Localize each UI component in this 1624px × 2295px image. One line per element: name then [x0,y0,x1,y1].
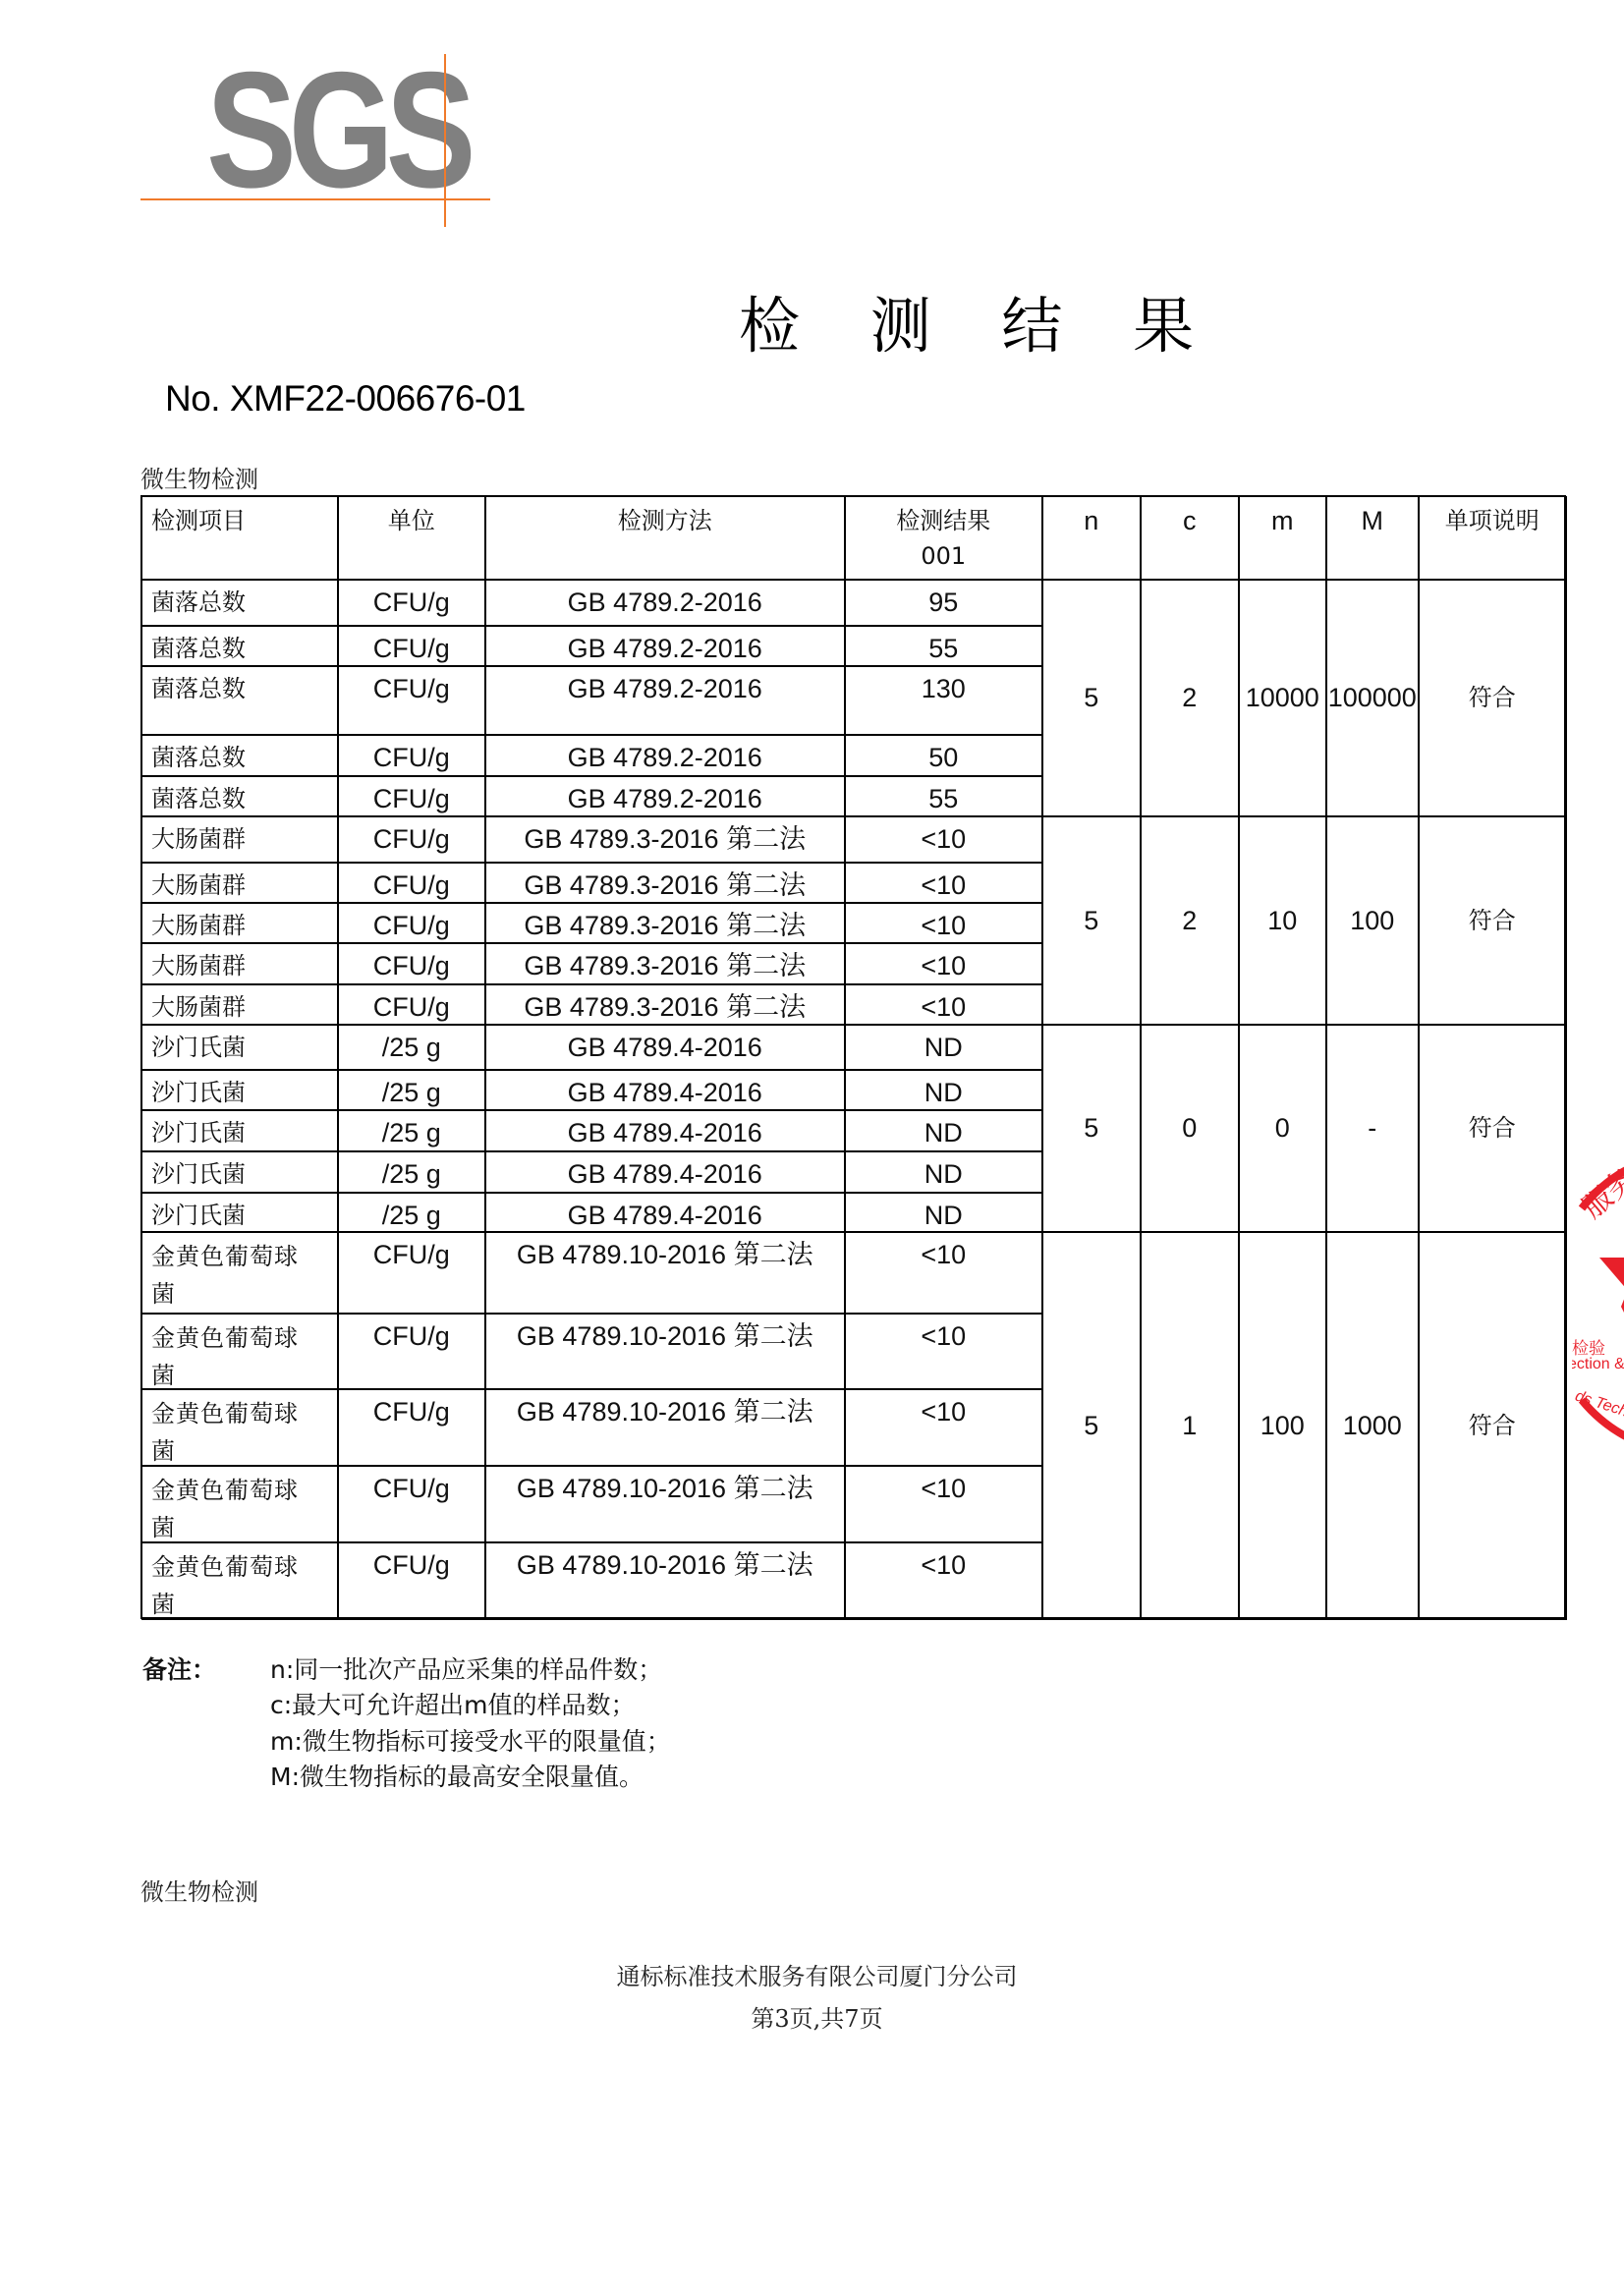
table-row-item-text: 大肠菌群 [151,909,338,942]
column-header-verdict: 单项说明 [1418,496,1567,581]
table-row-result: <10 [844,983,1043,1026]
table-row-item-text: 菌落总数 [151,782,338,815]
table-row-method: GB 4789.4-2016 [484,1024,846,1071]
column-header-n: n [1041,496,1142,581]
table-row-result-text: <10 [845,949,1042,982]
table-row-method: GB 4789.4-2016 [484,1150,846,1194]
table-row-method: GB 4789.2-2016 [484,579,846,627]
table-row-unit: CFU/g [337,625,486,667]
table-row-item: 沙门氏菌 [141,1069,339,1111]
table-row-method-text: GB 4789.4-2016 [485,1116,845,1149]
table-row-method-text: GB 4789.4-2016 [485,1157,845,1191]
group-n-value: 5 [1041,1231,1142,1620]
table-row-unit-text: CFU/g [338,741,485,774]
table-row-result-text: <10 [845,822,1042,856]
table-row-result-text: <10 [845,1472,1042,1505]
table-row-unit-text: CFU/g [338,1395,485,1428]
table-row-item-text: 菌落总数 [151,586,338,619]
group-c-value-text: 2 [1141,681,1239,714]
table-row-result-text: ND [845,1157,1042,1191]
column-header-M-text: M [1326,503,1419,538]
table-row-item: 菌落总数 [141,579,339,627]
table-row-method-text: GB 4789.3-2016 第二法 [485,949,845,982]
table-row-item: 大肠菌群 [141,983,339,1026]
column-header-verdict-text: 单项说明 [1419,503,1566,538]
table-row-item: 菌落总数 [141,775,339,817]
table-row-unit: CFU/g [337,775,486,817]
table-row-result-text: 55 [845,782,1042,815]
table-row-method: GB 4789.2-2016 [484,665,846,736]
table-row-item: 金黄色葡萄球菌 [141,1313,339,1390]
table-row-item-text: 沙门氏菌 [151,1031,338,1064]
table-row-unit-text: CFU/g [338,782,485,815]
table-row-item: 金黄色葡萄球菌 [141,1231,339,1315]
table-row-result: 55 [844,775,1043,817]
group-verdict-text: 符合 [1419,1409,1566,1442]
table-row-method-text: GB 4789.10-2016 第二法 [485,1395,845,1428]
table-row-item: 菌落总数 [141,734,339,777]
group-c-value: 2 [1140,579,1240,817]
group-c-value: 0 [1140,1024,1240,1233]
table-row-result: <10 [844,1388,1043,1467]
table-row-item-text: 菌落总数 [151,632,338,665]
logo-horizontal-rule [140,198,490,200]
table-row-unit: CFU/g [337,1541,486,1620]
table-row-item-text: 沙门氏菌 [151,1076,338,1109]
table-row-result-text: <10 [845,1395,1042,1428]
group-n-value-text: 5 [1042,1409,1141,1442]
column-header-M: M [1325,496,1420,581]
table-row-method-text: GB 4789.4-2016 [485,1031,845,1064]
table-row-method: GB 4789.4-2016 [484,1192,846,1233]
group-M-value: - [1325,1024,1420,1233]
table-row-item: 沙门氏菌 [141,1024,339,1071]
group-n-value-text: 5 [1042,1111,1141,1145]
table-row-method: GB 4789.3-2016 第二法 [484,983,846,1026]
group-n-value-text: 5 [1042,681,1141,714]
group-verdict: 符合 [1418,1024,1567,1233]
table-row-unit: CFU/g [337,1231,486,1315]
table-row-result-text: <10 [845,1548,1042,1582]
table-row-result-text: <10 [845,909,1042,942]
section-label-bottom: 微生物检测 [140,1877,258,1907]
table-row-result: ND [844,1069,1043,1111]
table-row-unit-text: /25 g [338,1031,485,1064]
table-row-unit: /25 g [337,1024,486,1071]
column-header-m-text: m [1239,503,1326,538]
table-row-unit-text: CFU/g [338,868,485,902]
group-m-value: 10 [1238,815,1327,1026]
table-row-unit: CFU/g [337,734,486,777]
notes-label: 备注： [142,1654,216,1686]
group-verdict-text: 符合 [1419,1111,1566,1145]
group-M-value: 100 [1325,815,1420,1026]
table-row-result-text: <10 [845,1319,1042,1353]
table-row-method: GB 4789.10-2016 第二法 [484,1231,846,1315]
table-row-item: 大肠菌群 [141,902,339,944]
note-c: c:最大可允许超出m值的样品数； [270,1690,636,1721]
table-row-result-text: 95 [845,586,1042,619]
table-row-unit: CFU/g [337,983,486,1026]
table-row-method-text: GB 4789.4-2016 [485,1076,845,1109]
table-row-result-text: 55 [845,632,1042,665]
table-row-item: 沙门氏菌 [141,1109,339,1152]
group-c-value-text: 1 [1141,1409,1239,1442]
column-header-method: 检测方法 [484,496,846,581]
table-row-item-text: 金黄色葡萄球菌 [151,1238,308,1313]
group-m-value: 10000 [1238,579,1327,817]
table-row-method: GB 4789.10-2016 第二法 [484,1313,846,1390]
table-row-unit-text: /25 g [338,1116,485,1149]
table-row-result-text: 50 [845,741,1042,774]
column-header-m: m [1238,496,1327,581]
table-row-result: ND [844,1150,1043,1194]
table-row-method: GB 4789.3-2016 第二法 [484,902,846,944]
table-row-unit-text: CFU/g [338,1238,485,1271]
column-header-method-text: 检测方法 [485,503,845,538]
table-row-unit: /25 g [337,1150,486,1194]
table-row-method-text: GB 4789.10-2016 第二法 [485,1238,845,1271]
group-m-value-text: 0 [1239,1111,1326,1145]
column-header-c-text: c [1141,503,1239,538]
group-c-value: 1 [1140,1231,1240,1620]
group-m-value-text: 10 [1239,904,1326,937]
table-row-method: GB 4789.10-2016 第二法 [484,1465,846,1543]
table-row-unit: CFU/g [337,815,486,864]
table-row-result: ND [844,1192,1043,1233]
table-row-unit: CFU/g [337,1388,486,1467]
table-row-unit-text: /25 g [338,1076,485,1109]
table-row-unit-text: CFU/g [338,672,485,705]
table-row-method: GB 4789.3-2016 第二法 [484,942,846,985]
table-row-item: 金黄色葡萄球菌 [141,1465,339,1543]
table-row-method: GB 4789.2-2016 [484,734,846,777]
table-row-item: 沙门氏菌 [141,1192,339,1233]
table-row-result: 50 [844,734,1043,777]
table-row-unit: CFU/g [337,862,486,904]
group-c-value-text: 2 [1141,904,1239,937]
table-row-item-text: 大肠菌群 [151,990,338,1024]
table-row-method-text: GB 4789.2-2016 [485,741,845,774]
group-M-value-text: 100000 [1326,681,1419,714]
table-row-unit: CFU/g [337,902,486,944]
table-row-method: GB 4789.4-2016 [484,1069,846,1111]
group-verdict: 符合 [1418,1231,1567,1620]
table-row-method-text: GB 4789.10-2016 第二法 [485,1319,845,1353]
table-row-method: GB 4789.10-2016 第二法 [484,1388,846,1467]
column-header-result: 检测结果 001 [844,496,1043,581]
group-verdict-text: 符合 [1419,904,1566,937]
table-row-method: GB 4789.4-2016 [484,1109,846,1152]
table-row-result: <10 [844,902,1043,944]
note-m-upper: M:微生物指标的最高安全限量值。 [270,1762,644,1793]
table-row-item-text: 金黄色葡萄球菌 [151,1395,308,1470]
footer-company: 通标标准技术服务有限公司厦门分公司 [0,1961,1624,1992]
table-row-result: <10 [844,815,1043,864]
table-row-result-text: <10 [845,990,1042,1024]
table-row-method-text: GB 4789.10-2016 第二法 [485,1548,845,1582]
group-M-value-text: - [1326,1111,1419,1145]
group-m-value: 0 [1238,1024,1327,1233]
group-M-value-text: 1000 [1326,1409,1419,1442]
table-row-unit-text: CFU/g [338,822,485,856]
group-m-value-text: 10000 [1239,681,1326,714]
group-n-value-text: 5 [1042,904,1141,937]
table-row-item-text: 菌落总数 [151,741,338,774]
column-header-item: 检测项目 [141,496,339,581]
sgs-logo: SGS [206,51,468,208]
note-n: n:同一批次产品应采集的样品件数； [270,1654,662,1686]
table-row-method-text: GB 4789.10-2016 第二法 [485,1472,845,1505]
column-header-unit: 单位 [337,496,486,581]
document-title: 检 测 结 果 [739,287,1219,365]
table-row-method: GB 4789.3-2016 第二法 [484,815,846,864]
table-row-result: ND [844,1024,1043,1071]
table-row-result-text: <10 [845,1238,1042,1271]
table-row-result-text: ND [845,1031,1042,1064]
table-row-result: <10 [844,1465,1043,1543]
table-row-method: GB 4789.3-2016 第二法 [484,862,846,904]
table-row-unit: /25 g [337,1069,486,1111]
page-number: 第3页,共7页 [0,2003,1624,2035]
table-row-item-text: 大肠菌群 [151,822,338,856]
group-n-value: 5 [1041,1024,1142,1233]
group-M-value: 1000 [1325,1231,1420,1620]
table-row-item: 大肠菌群 [141,862,339,904]
group-m-value: 100 [1238,1231,1327,1620]
column-header-item-text: 检测项目 [151,503,338,538]
table-row-unit-text: CFU/g [338,949,485,982]
table-row-item-text: 菌落总数 [151,672,338,705]
table-row-result-text: ND [845,1116,1042,1149]
table-row-unit-text: CFU/g [338,1472,485,1505]
table-row-method-text: GB 4789.3-2016 第二法 [485,909,845,942]
table-row-method: GB 4789.2-2016 [484,775,846,817]
table-row-item-text: 沙门氏菌 [151,1116,338,1149]
table-row-method-text: GB 4789.2-2016 [485,672,845,705]
table-row-unit: /25 g [337,1192,486,1233]
column-header-n-text: n [1042,503,1141,538]
table-row-unit: /25 g [337,1109,486,1152]
table-row-method-text: GB 4789.3-2016 第二法 [485,822,845,856]
table-row-unit: CFU/g [337,1313,486,1390]
note-m-lower: m:微生物指标可接受水平的限量值； [270,1726,671,1758]
table-row-result: 55 [844,625,1043,667]
table-row-unit-text: CFU/g [338,990,485,1024]
table-row-method-text: GB 4789.3-2016 第二法 [485,990,845,1024]
table-row-result: <10 [844,942,1043,985]
table-row-item-text: 大肠菌群 [151,868,338,902]
table-row-unit-text: /25 g [338,1199,485,1232]
table-row-item: 金黄色葡萄球菌 [141,1388,339,1467]
column-header-unit-text: 单位 [338,503,485,538]
table-row-unit: CFU/g [337,665,486,736]
logo-vertical-rule [444,54,446,227]
table-row-method: GB 4789.10-2016 第二法 [484,1541,846,1620]
official-seal-stamp: 服务 检验 ection & ds Techn [1572,1140,1624,1464]
table-row-unit-text: /25 g [338,1157,485,1191]
table-row-unit-text: CFU/g [338,1319,485,1353]
table-row-item-text: 金黄色葡萄球菌 [151,1548,308,1623]
table-row-result: ND [844,1109,1043,1152]
table-row-unit-text: CFU/g [338,586,485,619]
table-row-unit: CFU/g [337,942,486,985]
table-row-result-text: ND [845,1076,1042,1109]
table-row-result: <10 [844,1231,1043,1315]
table-row-unit: CFU/g [337,579,486,627]
table-row-method-text: GB 4789.2-2016 [485,586,845,619]
table-row-result-text: <10 [845,868,1042,902]
table-row-result-text: 130 [845,672,1042,705]
table-row-item: 大肠菌群 [141,942,339,985]
group-m-value-text: 100 [1239,1409,1326,1442]
group-n-value: 5 [1041,815,1142,1026]
group-M-value: 100000 [1325,579,1420,817]
table-row-unit-text: CFU/g [338,632,485,665]
group-c-value-text: 0 [1141,1111,1239,1145]
table-row-item-text: 大肠菌群 [151,949,338,982]
table-row-item: 金黄色葡萄球菌 [141,1541,339,1620]
table-row-result: <10 [844,1541,1043,1620]
report-number: No. XMF22-006676-01 [165,377,526,420]
table-row-item-text: 金黄色葡萄球菌 [151,1472,308,1546]
table-row-item-text: 沙门氏菌 [151,1199,338,1232]
table-row-result: <10 [844,862,1043,904]
table-row-method-text: GB 4789.2-2016 [485,632,845,665]
table-row-unit-text: CFU/g [338,909,485,942]
table-row-method-text: GB 4789.4-2016 [485,1199,845,1232]
group-c-value: 2 [1140,815,1240,1026]
seal-text-en: ection & [1572,1356,1624,1373]
group-M-value-text: 100 [1326,904,1419,937]
section-label: 微生物检测 [140,465,258,494]
group-n-value: 5 [1041,579,1142,817]
table-row-unit: CFU/g [337,1465,486,1543]
column-header-c: c [1140,496,1240,581]
column-header-result-text: 检测结果 001 [845,503,1042,574]
group-verdict-text: 符合 [1419,681,1566,714]
table-row-item: 沙门氏菌 [141,1150,339,1194]
table-row-item: 大肠菌群 [141,815,339,864]
table-row-result-text: ND [845,1199,1042,1232]
table-row-result: <10 [844,1313,1043,1390]
group-verdict: 符合 [1418,579,1567,817]
table-row-item-text: 金黄色葡萄球菌 [151,1319,308,1394]
table-row-unit-text: CFU/g [338,1548,485,1582]
table-row-item-text: 沙门氏菌 [151,1157,338,1191]
table-row-method-text: GB 4789.3-2016 第二法 [485,868,845,902]
group-verdict: 符合 [1418,815,1567,1026]
table-row-item: 菌落总数 [141,665,339,736]
table-row-result: 95 [844,579,1043,627]
table-row-item: 菌落总数 [141,625,339,667]
table-row-result: 130 [844,665,1043,736]
table-row-method-text: GB 4789.2-2016 [485,782,845,815]
table-row-method: GB 4789.2-2016 [484,625,846,667]
